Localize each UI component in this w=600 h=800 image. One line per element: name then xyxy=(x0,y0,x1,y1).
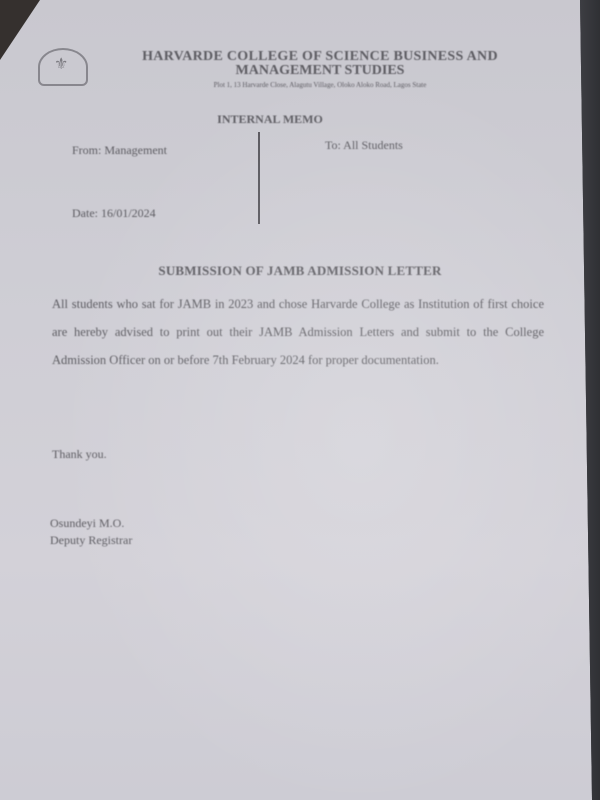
memo-body: All students who sat for JAMB in 2023 an… xyxy=(52,290,544,374)
college-address: Plot 1, 13 Harvarde Close, Alagutu Villa… xyxy=(140,81,500,89)
memo-heading: INTERNAL MEMO xyxy=(150,112,390,127)
memo-divider xyxy=(258,132,260,224)
memo-paper: HARVARDE COLLEGE OF SCIENCE BUSINESS AND… xyxy=(0,0,600,800)
memo-closing: Thank you. xyxy=(52,447,107,462)
memo-date: Date: 16/01/2024 xyxy=(72,206,156,221)
college-name-line1: HARVARDE COLLEGE OF SCIENCE BUSINESS AND xyxy=(120,49,520,65)
college-crest-icon xyxy=(38,48,88,86)
signatory-title: Deputy Registrar xyxy=(50,533,132,548)
signatory-name: Osundeyi M.O. xyxy=(50,516,124,531)
memo-from: From: Management xyxy=(72,143,167,158)
college-name-line2: MANAGEMENT STUDIES xyxy=(120,63,520,79)
memo-to: To: All Students xyxy=(325,138,403,153)
memo-subject: SUBMISSION OF JAMB ADMISSION LETTER xyxy=(90,263,510,279)
